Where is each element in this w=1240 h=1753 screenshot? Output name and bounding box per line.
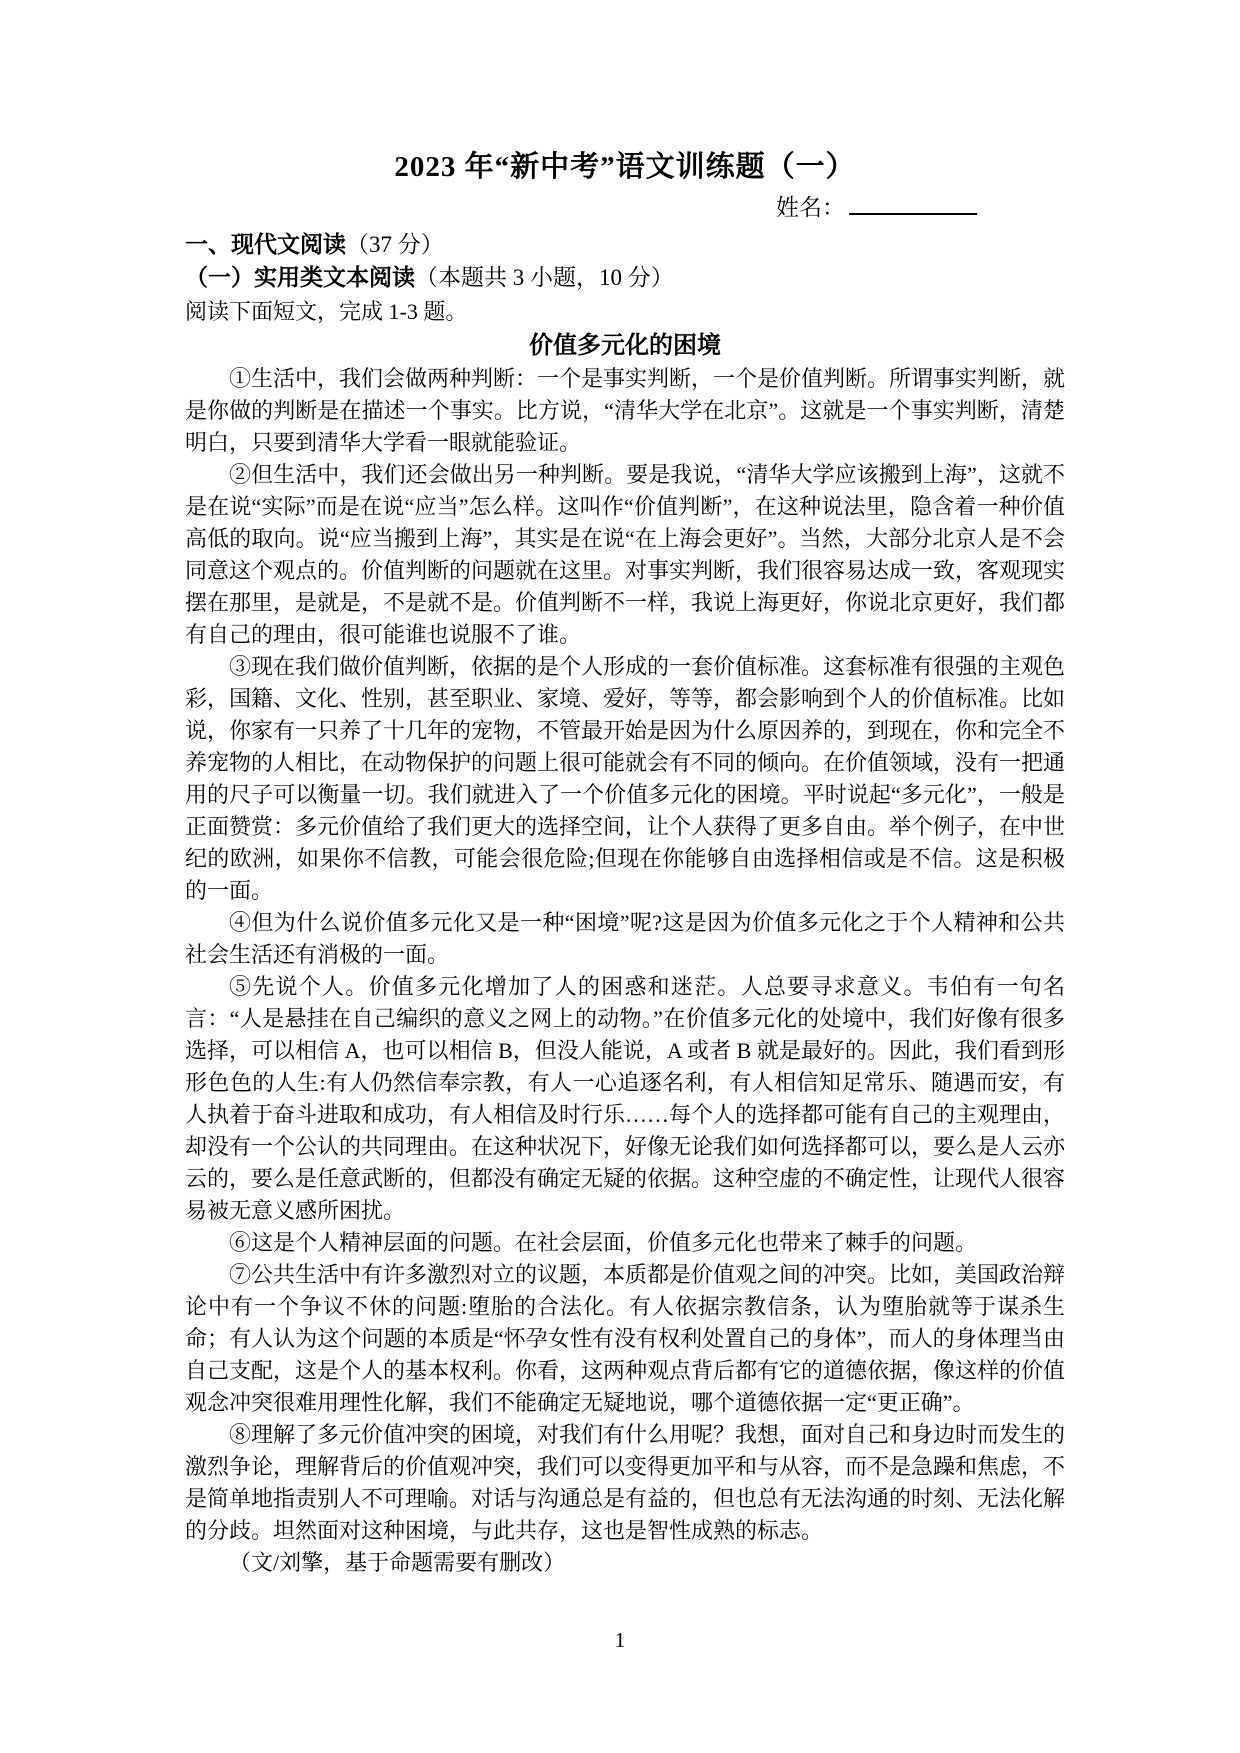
passage-paragraph-1: ①生活中，我们会做两种判断：一个是事实判断，一个是价值判断。所谓事实判断，就是你… xyxy=(185,363,1065,459)
name-label: 姓名： xyxy=(776,195,845,220)
section-heading: 一、现代文阅读（37 分） xyxy=(185,229,1065,261)
passage-title: 价值多元化的困境 xyxy=(185,329,1065,363)
passage-paragraph-5: ⑤先说个人。价值多元化增加了人的困惑和迷茫。人总要寻求意义。韦伯有一句名言：“人… xyxy=(185,971,1065,1227)
passage-paragraph-7: ⑦公共生活中有许多激烈对立的议题，本质都是价值观之间的冲突。比如，美国政治辩论中… xyxy=(185,1259,1065,1419)
exam-document-page: 2023 年“新中考”语文训练题（一） 姓名： 一、现代文阅读（37 分） （一… xyxy=(0,0,1240,1753)
passage-paragraph-8: ⑧理解了多元价值冲突的困境，对我们有什么用呢？我想，面对自己和身边时而发生的激烈… xyxy=(185,1419,1065,1547)
page-number: 1 xyxy=(0,1628,1240,1653)
name-field-blank xyxy=(849,191,977,215)
section-heading-label: 一、现代文阅读 xyxy=(185,232,346,257)
passage-paragraph-3: ③现在我们做价值判断，依据的是个人形成的一套价值标准。这套标准有很强的主观色彩，… xyxy=(185,651,1065,907)
subsection-heading-label: （一）实用类文本阅读 xyxy=(185,265,415,290)
subsection-heading-note: （本题共 3 小题，10 分） xyxy=(415,265,674,290)
reading-instruction: 阅读下面短文，完成 1-3 题。 xyxy=(185,295,1065,329)
subsection-heading: （一）实用类文本阅读（本题共 3 小题，10 分） xyxy=(185,261,1065,295)
passage-paragraph-2: ②但生活中，我们还会做出另一种判断。要是我说，“清华大学应该搬到上海”，这就不是… xyxy=(185,459,1065,651)
name-row: 姓名： xyxy=(185,191,1065,223)
passage-attribution: （文/刘擎，基于命题需要有删改） xyxy=(185,1547,1065,1579)
passage-paragraph-6: ⑥这是个人精神层面的问题。在社会层面，价值多元化也带来了棘手的问题。 xyxy=(185,1227,1065,1259)
section-heading-score: （37 分） xyxy=(346,232,444,257)
passage-body: ①生活中，我们会做两种判断：一个是事实判断，一个是价值判断。所谓事实判断，就是你… xyxy=(185,363,1065,1579)
passage-paragraph-4: ④但为什么说价值多元化又是一种“困境”呢?这是因为价值多元化之于个人精神和公共社… xyxy=(185,907,1065,971)
document-title: 2023 年“新中考”语文训练题（一） xyxy=(185,148,1065,186)
document-content: 2023 年“新中考”语文训练题（一） 姓名： 一、现代文阅读（37 分） （一… xyxy=(0,0,1240,1579)
